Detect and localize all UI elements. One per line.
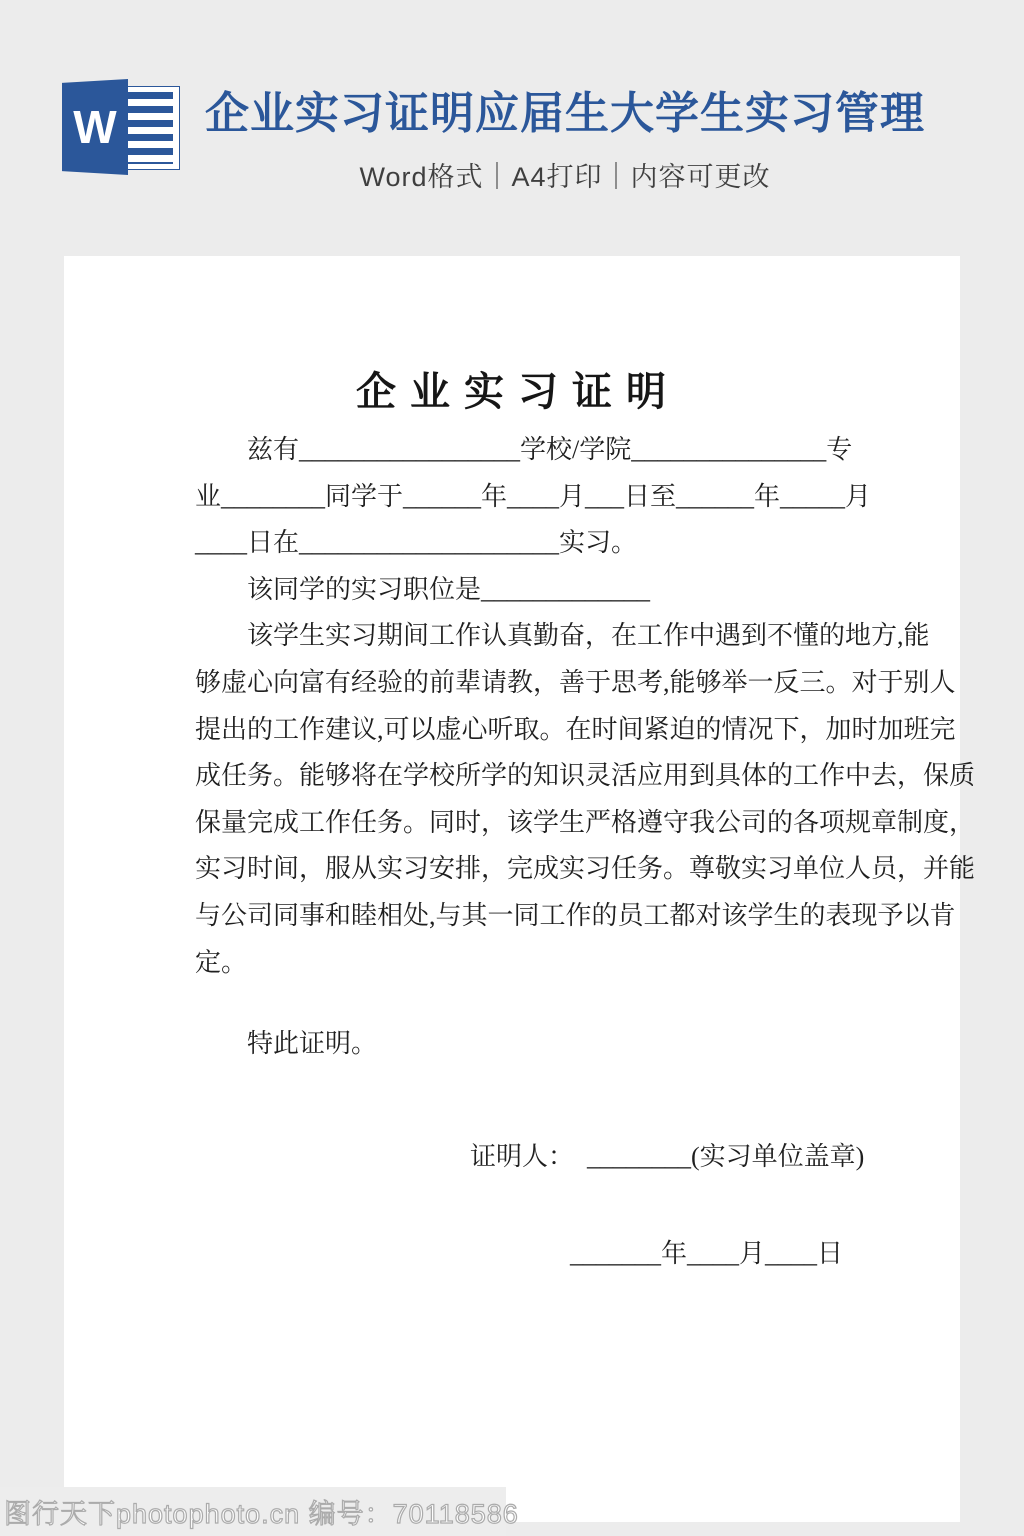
paragraph3-line: 与公司同事和睦相处,与其一同工作的员工都对该学生的表现予以肯 — [195, 893, 855, 940]
watermark-bar: 图行天下photophoto.cn 编号：70118586 — [0, 1487, 506, 1536]
document-body: 兹有_________________学校/学院_______________专… — [195, 427, 855, 986]
paragraph3-line: 实习时间，服从实习安排，完成实习任务。尊敬实习单位人员，并能 — [195, 846, 855, 893]
paragraph3-line: 定。 — [195, 940, 855, 987]
closing-statement: 特此证明。 — [195, 1020, 377, 1067]
template-subtitle: Word格式｜A4打印｜内容可更改 — [105, 155, 1024, 194]
watermark-text: 图行天下photophoto.cn 编号：70118586 — [0, 1492, 519, 1531]
template-preview-page: { "colors": { "accent_blue": "#2b579a", … — [0, 0, 1024, 1536]
header: W 企业实习证明应届生大学生实习管理 Word格式｜A4打印｜内容可更改 — [0, 0, 1024, 256]
paragraph1-line: 业________同学于______年____月___日至______年____… — [195, 474, 855, 521]
template-title: 企业实习证明应届生大学生实习管理 — [105, 88, 1024, 141]
paragraph3-line: 够虚心向富有经验的前辈请教，善于思考,能够举一反三。对于别人 — [195, 660, 855, 707]
paragraph1-line: ____日在____________________实习。 — [195, 520, 855, 567]
paragraph1-line: 兹有_________________学校/学院_______________专 — [195, 427, 855, 474]
header-text: 企业实习证明应届生大学生实习管理 Word格式｜A4打印｜内容可更改 — [105, 0, 1024, 194]
paragraph3-line: 提出的工作建议,可以虚心听取。在时间紧迫的情况下，加时加班完 — [195, 707, 855, 754]
paragraph3-line: 该学生实习期间工作认真勤奋，在工作中遇到不懂的地方,能 — [195, 613, 855, 660]
paragraph2-line: 该同学的实习职位是_____________ — [195, 567, 855, 614]
date-line: _______年____月____日 — [570, 1230, 843, 1277]
signer-line: 证明人： ________(实习单位盖章) — [470, 1133, 864, 1180]
paragraph3-line: 保量完成工作任务。同时，该学生严格遵守我公司的各项规章制度， — [195, 800, 855, 847]
document-page: 企 业 实 习 证 明 兹有_________________学校/学院____… — [64, 256, 960, 1522]
document-title: 企 业 实 习 证 明 — [64, 360, 960, 417]
paragraph3-line: 成任务。能够将在学校所学的知识灵活应用到具体的工作中去，保质 — [195, 753, 855, 800]
